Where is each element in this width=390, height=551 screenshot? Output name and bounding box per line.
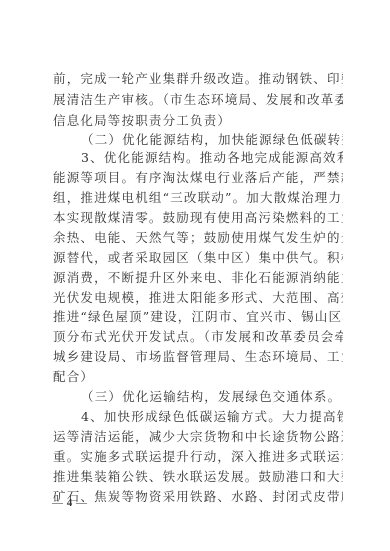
page-number-prefix: —	[52, 497, 63, 509]
text-line: 前，完成一轮产业集群升级改造。推动钢铁、印染等重点行业开	[53, 69, 343, 89]
text-line: 信息化局等按职责分工负责）	[53, 111, 343, 131]
page-number-value: 4	[66, 497, 74, 509]
text-line: 运等清洁运能，减少大宗货物和中长途货物公路运输量和承运比	[53, 427, 343, 447]
text-line: 推进集装箱公铁、铁水联运发展。鼓励港口和大型工矿企业煤炭、	[53, 467, 343, 487]
text-line: 源消费，不断提升区外来电、非化石能源消纳能力。扩大分布式	[53, 268, 343, 288]
text-line: 展清洁生产审核。（市生态环境局、发展和改革委员会、工业和	[53, 90, 343, 110]
document-page: 前，完成一轮产业集群升级改造。推动钢铁、印染等重点行业开展清洁生产审核。（市生态…	[0, 0, 390, 551]
text-line: 源替代，或者采取园区（集中区）集中供气。积极增加可再生能	[53, 248, 343, 268]
text-line: 本实现散煤清零。鼓励现有使用高污染燃料的工业炉窑改用工业	[53, 208, 343, 228]
text-line: 组，推进煤电机组“三改联动”。加大散煤治理力度，全市域区基	[53, 188, 343, 208]
text-line: 配合）	[53, 367, 343, 387]
text-line: 推进“绿色屋顶”建设，江阴市、宜兴市、锡山区、惠山区推进屋	[53, 307, 343, 327]
text-line: 3、优化能源结构。推动各地完成能源高效利用、发展清洁	[81, 148, 343, 168]
text-line: 能源等项目。有序淘汰煤电行业落后产能，严禁新增自备煤电机	[53, 168, 343, 188]
text-line: （二）优化能源结构，加快能源绿色低碳转型。	[81, 130, 343, 150]
text-line: （三）优化运输结构，发展绿色交通体系。	[81, 387, 343, 407]
text-line: 光伏发电规模，推进太阳能多形式、大范围、高效率转化应用。	[53, 288, 343, 308]
text-line: 重。实施多式联运提升行动，深入推进多式联运示范工程，重点	[53, 447, 343, 467]
text-line: 4、加快形成绿色低碳运输方式。大力提高铁路、管道、水	[81, 407, 343, 427]
text-line: 余热、电能、天然气等；鼓励使用煤气发生炉的企业采用清洁能	[53, 228, 343, 248]
page-number-suffix: —	[76, 497, 87, 509]
text-line: 矿石、焦炭等物资采用铁路、水路、封闭式皮带廊道、新能源和	[53, 487, 343, 507]
text-line: 城乡建设局、市场监督管理局、生态环境局、工业和信息化局等	[53, 347, 343, 367]
text-line: 顶分布式光伏开发试点。（市发展和改革委员会牵头，市住房和	[53, 327, 343, 347]
page-number: — 4 —	[52, 497, 87, 509]
